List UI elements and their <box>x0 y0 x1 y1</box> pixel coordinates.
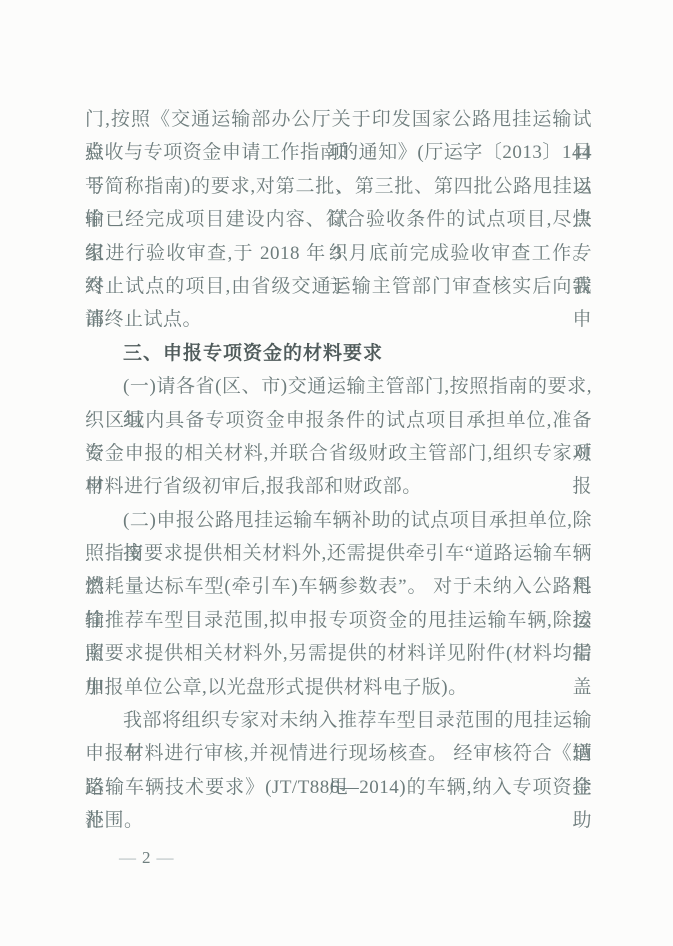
text-line: 输推荐车型目录范围,拟申报专项资金的甩挂运输车辆,除按照指 <box>85 604 592 637</box>
text-line: 验收与专项资金申请工作指南的通知》(厅运字〔2013〕144 号,以 <box>85 136 592 169</box>
text-line: 终止试点的项目,由省级交通运输主管部门审查核实后向我部申 <box>85 270 592 303</box>
text-line: 织区域内具备专项资金申报条件的试点项目承担单位,准备专项 <box>85 404 592 437</box>
page-number-left-dash: — <box>113 848 142 867</box>
text-line: 下简称指南)的要求,对第二批、第三批、第四批公路甩挂运输试点 <box>85 170 592 203</box>
text-line: (一)请各省(区、市)交通运输主管部门,按照指南的要求,组 <box>85 370 592 403</box>
document-text: 门,按照《交通运输部办公厅关于印发国家公路甩挂运输试点项目验收与专项资金申请工作… <box>85 103 592 838</box>
text-line: 家进行验收审查,于 2018 年 3 月底前完成验收审查工作。 对于需 <box>85 237 592 270</box>
text-line: 我部将组织专家对未纳入推荐车型目录范围的甩挂运输车辆 <box>85 704 592 737</box>
text-line: 照指南要求提供相关材料外,还需提供牵引车“道路运输车辆燃料 <box>85 537 592 570</box>
section-heading: 三、申报专项资金的材料要求 <box>85 337 592 370</box>
page-number: —2— <box>113 848 180 868</box>
text-line: 南要求提供相关材料外,另需提供的材料详见附件(材料均需加盖 <box>85 637 592 670</box>
text-line: 门,按照《交通运输部办公厅关于印发国家公路甩挂运输试点项目 <box>85 103 592 136</box>
text-line: (二)申报公路甩挂运输车辆补助的试点项目承担单位,除按 <box>85 504 592 537</box>
text-line: 消耗量达标车型(牵引车)车辆参数表”。 对于未纳入公路甩挂运 <box>85 570 592 603</box>
page-number-right-dash: — <box>151 848 180 867</box>
scanned-document-page: 门,按照《交通运输部办公厅关于印发国家公路甩挂运输试点项目验收与专项资金申请工作… <box>0 0 673 946</box>
text-line: 运输车辆技术要求》(JT/T886—2014)的车辆,纳入专项资金补助 <box>85 771 592 804</box>
page-number-value: 2 <box>142 848 151 867</box>
text-line: 申报材料进行审核,并视情进行现场核查。 经审核符合《道路甩挂 <box>85 737 592 770</box>
text-line: 资金申报的相关材料,并联合省级财政主管部门,组织专家对申报 <box>85 437 592 470</box>
text-line: 中已经完成项目建设内容、符合验收条件的试点项目,尽快组织专 <box>85 203 592 236</box>
